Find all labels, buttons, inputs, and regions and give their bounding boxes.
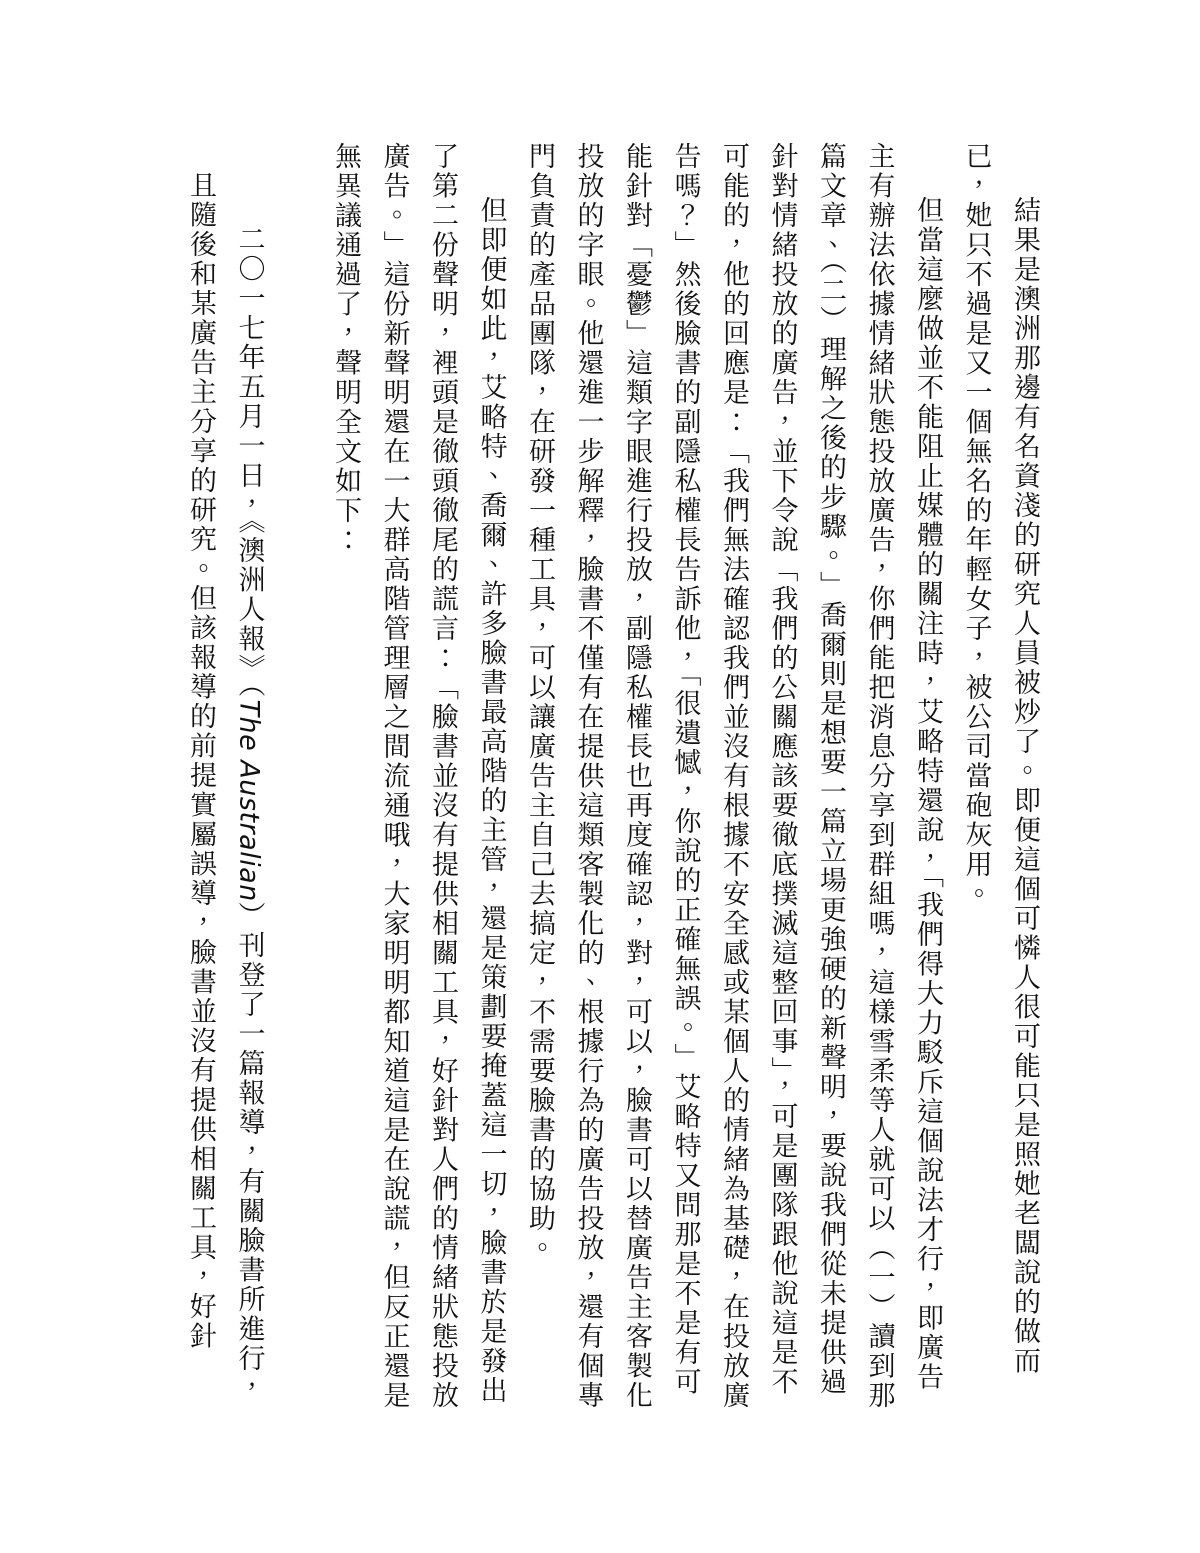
text-segment: 但即便如此，艾略特、喬爾、許多臉書最高階的主管，還是策劃要掩蓋這一切，臉書於是發…	[330, 142, 507, 1411]
text-segment: 二〇一七年五月一日，《澳洲人報》（	[234, 225, 265, 700]
body-paragraph: 但即便如此，艾略特、喬爾、許多臉書最高階的主管，還是策劃要掩蓋這一切，臉書於是發…	[321, 142, 515, 1414]
text-segment: 但當這麼做並不能阻止媒體的關注時，艾略特還說，「我們得大力駁斥這個說法才行，即廣…	[524, 142, 943, 1411]
latin-italic-title: The Australian	[234, 700, 265, 902]
body-paragraph: 結果是澳洲那邊有名資淺的研究人員被炒了。即便這個可憐人很可能只是照她老闆說的做而…	[951, 142, 1048, 1414]
statement-quote-paragraph: 二〇一七年五月一日，《澳洲人報》（The Australian）刊登了一篇報導，…	[176, 171, 273, 1414]
book-page: 結果是澳洲那邊有名資淺的研究人員被炒了。即便這個可憐人很可能只是照她老闆說的做而…	[0, 0, 1200, 1553]
vertical-text-block: 結果是澳洲那邊有名資淺的研究人員被炒了。即便這個可憐人很可能只是照她老闆說的做而…	[176, 142, 1049, 1414]
text-segment: 結果是澳洲那邊有名資淺的研究人員被炒了。即便這個可憐人很可能只是照她老闆說的做而…	[961, 142, 1041, 1376]
body-paragraph: 但當這麼做並不能阻止媒體的關注時，艾略特還說，「我們得大力駁斥這個說法才行，即廣…	[515, 142, 952, 1414]
